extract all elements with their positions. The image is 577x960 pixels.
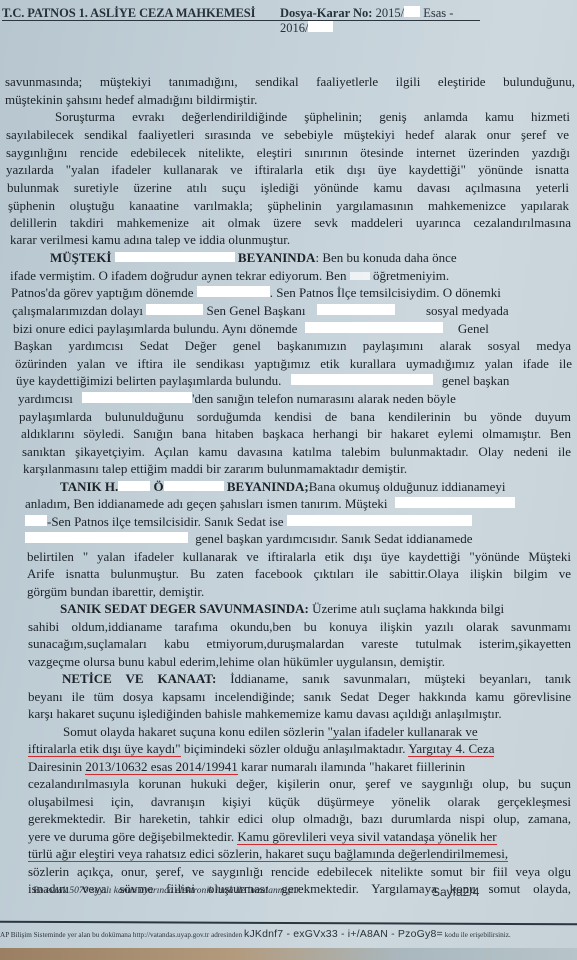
text-segment: yardımcısı <box>18 391 73 406</box>
text-line: oluşabilmesi için, davranışın kişiyi küç… <box>28 793 571 810</box>
text-line: bulunmak suretiyle üzerine atılı suçu iş… <box>7 179 569 196</box>
redaction-box <box>308 21 333 32</box>
text-line: şüphenin oluştuğu kanaatine varılmakla; … <box>8 197 569 214</box>
text-segment: -Sen Patnos ilçe temsilcisidir. Sanık Se… <box>47 514 284 529</box>
tanik-line: TANIK H. Ö BEYANINDA;Bana okumuş olduğun… <box>60 478 506 495</box>
text-line: sözlerin açıkça, onur, şeref, ve saygınl… <box>28 863 571 880</box>
sanik-heading: SANIK SEDAT DEGER SAVUNMASINDA: <box>60 601 309 616</box>
text-line: aldıklarını söyledi. Sanığın bana hitabe… <box>21 425 571 442</box>
text-line: yere ve duruma göre değişebilmektedir. K… <box>28 828 497 845</box>
text-line: yardımcısı 'den sanığın telefon numarası… <box>18 390 456 407</box>
file-number-label: Dosya-Karar No: <box>280 6 372 20</box>
redaction-box <box>82 392 192 403</box>
text-line: cezalandırılmasıyla korunan hukuki değer… <box>28 775 571 792</box>
text-segment: karar numaralı ilamında "hakaret fiiller… <box>238 759 465 774</box>
access-code: kJKdnf7 - exGVx33 - i+/A8AN - PzoGy8= <box>244 928 443 940</box>
text-segment: sosyal medyada <box>426 303 509 318</box>
redaction-box <box>118 481 150 491</box>
text-line: türlü ağır eleştiri veya rahatsız edici … <box>28 845 508 862</box>
file-number: Dosya-Karar No: 2015/ Esas - 2016/ <box>280 6 480 36</box>
text-segment: : Ben bu konuda daha önce <box>315 250 456 265</box>
text-segment: Sen Genel Başkanı <box>207 303 306 318</box>
text-line: genel başkan yardımcısıdır. Sanık Sedat … <box>25 530 473 547</box>
text-line: karşı hakaret suçunu işlediğinden bahisl… <box>28 705 502 722</box>
text-segment: yere ve duruma göre değişebilmektedir. <box>28 829 237 844</box>
e-signature-note: Bu evrak 5070 sayılı kanun uyarınca elek… <box>33 886 300 896</box>
text-line: Arife isnatta bulunmuştur. Bu zaten face… <box>27 565 571 582</box>
underlined-quote: "yalan ifadeler kullanarak ve <box>328 724 478 740</box>
text-segment: bizi onure edici paylaşımlarda bulundu. … <box>13 321 297 336</box>
redaction-box <box>404 6 420 17</box>
text-line: paylaşımlarda bulunulduğunu sorduğumda k… <box>19 408 571 425</box>
file-esas-prefix: 2015/ <box>376 6 404 20</box>
text-line: belirtilen " yalan ifadeler kullanarak v… <box>27 548 571 565</box>
text-segment: İddianame, sanık savunmaları, müşteki be… <box>216 671 571 686</box>
redaction-box <box>146 304 203 315</box>
text-segment: Bana okumuş olduğunuz iddianameyi <box>309 479 506 494</box>
desk-surface <box>0 948 577 960</box>
text-line: karar verilmesi kamu adına talep ve iddi… <box>10 231 290 248</box>
underlined-case-number: 2013/10632 esas 2014/19941 <box>85 759 237 775</box>
text-line: saygınlığını rencide edebilecek nitelikt… <box>6 144 570 161</box>
text-segment: Ö <box>154 479 164 494</box>
text-line: anladım, Ben iddianamede adı geçen şahıs… <box>25 495 515 512</box>
text-segment: Genel <box>458 321 489 336</box>
text-line: sunacağım,suçlamaları kabu etmiyorum,dur… <box>28 635 571 652</box>
text-line: sanıktan şikayetçiyim. Açılan kamu davas… <box>22 443 571 460</box>
court-document-page: T.C. PATNOS 1. ASLİYE CEZA MAHKEMESİ Dos… <box>0 0 577 960</box>
underlined-citation: Yargıtay 4. Ceza <box>408 741 494 757</box>
text-line: iftiralarla etik dışı üye kaydı" biçimin… <box>28 740 494 757</box>
tanik-heading-suffix: BEYANINDA; <box>227 479 309 494</box>
redaction-box <box>25 515 47 526</box>
redaction-box <box>115 252 235 262</box>
footer-divider <box>0 921 577 925</box>
text-line: Patnos'da görev yaptığım dönemde . Sen P… <box>11 284 501 301</box>
redaction-box <box>395 497 515 508</box>
redaction-box <box>25 532 188 543</box>
text-segment: öğretmeniyim. <box>373 268 449 283</box>
uyap-suffix: kodu ile erişebilirsiniz. <box>445 931 511 939</box>
redaction-box <box>317 304 395 315</box>
court-name: T.C. PATNOS 1. ASLİYE CEZA MAHKEMESİ <box>2 6 255 21</box>
redaction-box <box>350 272 370 280</box>
text-segment: 'den sanığın telefon numarasını alarak n… <box>192 391 456 406</box>
text-line: gerekmektedir. Bir hareketin, tahkir edi… <box>28 810 571 827</box>
text-line: yazılarda "yalan ifadeler kullanarak ve … <box>6 161 569 178</box>
text-line: sahibi oldum,iddianame tarafıma okundu,b… <box>28 618 571 635</box>
text-line: müştekinin şahsını hedef almadığını bild… <box>5 91 257 108</box>
musteki-line: MÜŞTEKİ BEYANINDA: Ben bu konuda daha ön… <box>50 249 571 266</box>
text-line: vazgeçme olursa bunu kabul ederim,lehime… <box>28 653 445 670</box>
netice-heading: NETİCE VE KANAAT: <box>62 671 216 686</box>
text-line: Soruşturma evrakı değerlendirildiğinde ş… <box>55 108 570 125</box>
text-line: görgüm bundan ibarettir, demiştir. <box>27 583 204 600</box>
musteki-heading: MÜŞTEKİ <box>50 250 111 265</box>
text-line: karşılanmasını talep ettiğim maddi bir z… <box>23 460 407 477</box>
text-segment: biçimindeki sözler olduğu anlaşılmaktadı… <box>181 741 409 756</box>
text-line: Somut olayda hakaret suçuna konu edilen … <box>63 723 478 740</box>
underlined-passage: türlü ağır eleştiri veya rahatsız edici … <box>28 846 508 862</box>
text-line: özürinden yalan ve iftira ile sendikası … <box>15 355 572 372</box>
redaction-box <box>305 322 443 333</box>
page-number: Sayfa2/4 <box>432 885 479 899</box>
musteki-heading-suffix: BEYANINDA <box>238 250 316 265</box>
text-segment: genel başkan <box>442 373 510 388</box>
text-line: çalışmalarımızdan dolayı Sen Genel Başka… <box>12 302 509 319</box>
text-segment: genel başkan yardımcısıdır. Sanık Sedat … <box>195 531 472 546</box>
text-line: delillerin takdiri mahkemenize ait olmak… <box>10 214 571 231</box>
text-segment: çalışmalarımızdan dolayı <box>12 303 143 318</box>
text-segment: üye kaydettiğimizi belirten paylaşımlard… <box>16 373 281 388</box>
text-line: sayılabilecek sendikal faaliyetleri sıra… <box>6 126 569 143</box>
redaction-box <box>291 374 433 385</box>
underlined-passage: Kamu görevlileri veya sivil vatandaşa yö… <box>237 829 496 845</box>
text-segment: . Sen Patnos İlçe temsilcisiydim. O döne… <box>270 285 501 300</box>
text-line: -Sen Patnos ilçe temsilcisidir. Sanık Se… <box>25 513 472 530</box>
text-line: ifade vermiştim. O ifadem doğrudur aynen… <box>10 267 449 284</box>
tanik-heading: TANIK H. <box>60 479 118 494</box>
text-line: Dairesinin 2013/10632 esas 2014/19941 ka… <box>28 758 465 775</box>
sanik-line: SANIK SEDAT DEGER SAVUNMASINDA: Üzerime … <box>60 600 504 617</box>
netice-line: NETİCE VE KANAAT: İddianame, sanık savun… <box>62 670 571 687</box>
text-segment: anladım, Ben iddianamede adı geçen şahıs… <box>25 496 387 511</box>
uyap-access-line: AP Bilişim Sisteminde yer alan bu doküma… <box>0 928 511 940</box>
document-header: T.C. PATNOS 1. ASLİYE CEZA MAHKEMESİ Dos… <box>2 2 480 21</box>
text-line: Başkan yardımcısı Sedat Değer genel başk… <box>14 337 571 354</box>
redaction-box <box>287 515 472 526</box>
underlined-quote: iftiralarla etik dışı üye kaydı" <box>28 741 181 757</box>
text-segment: Somut olayda hakaret suçuna konu edilen … <box>63 724 328 739</box>
text-segment: ifade vermiştim. O ifadem doğrudur aynen… <box>10 268 346 283</box>
text-segment: Patnos'da görev yaptığım dönemde <box>11 285 194 300</box>
text-segment: Dairesinin <box>28 759 85 774</box>
uyap-prefix: AP Bilişim Sisteminde yer alan bu doküma… <box>0 931 242 939</box>
redaction-box <box>197 286 270 297</box>
redaction-box <box>164 481 224 491</box>
text-segment: Üzerime atılı suçlama hakkında bilgi <box>309 601 504 616</box>
text-line: bizi onure edici paylaşımlarda bulundu. … <box>13 320 489 337</box>
text-line: beyanı ile tüm dosya kapsamı incelendiği… <box>28 688 571 705</box>
text-line: üye kaydettiğimizi belirten paylaşımlard… <box>16 372 509 389</box>
text-line: savunmasında; müştekiyi tanımadığını, se… <box>5 73 575 90</box>
